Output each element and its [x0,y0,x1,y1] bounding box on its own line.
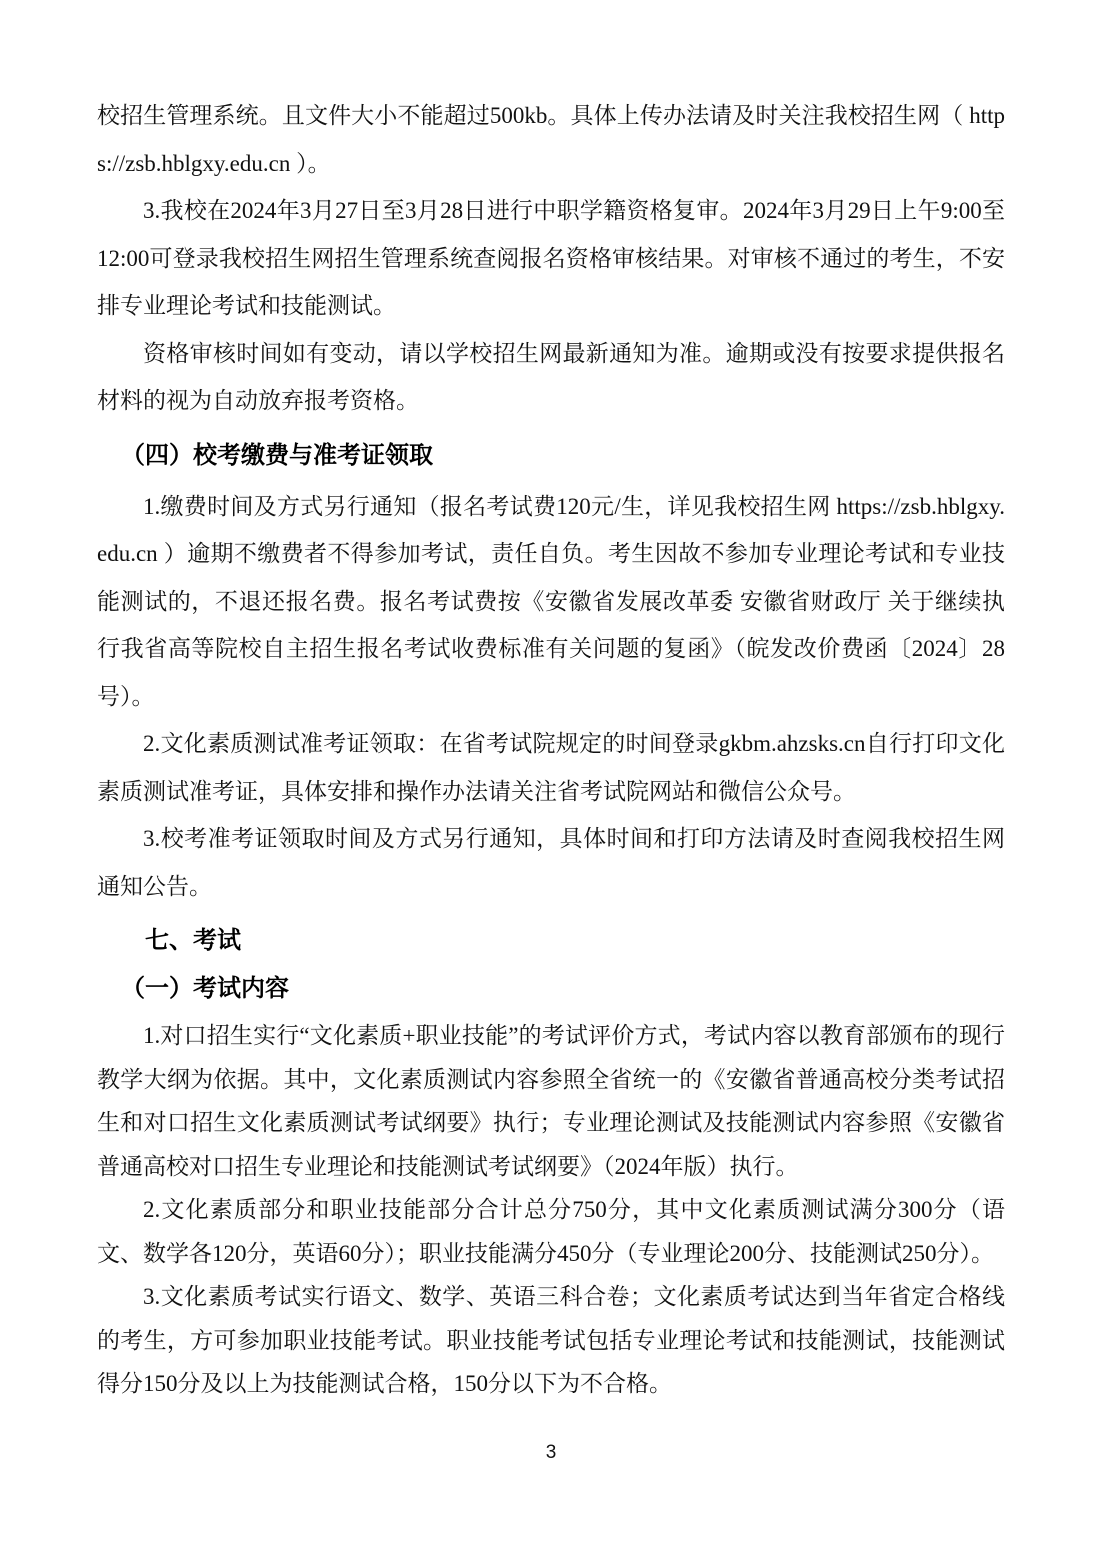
paragraph-qualification-recheck: 3.我校在2024年3月27日至3月28日进行中职学籍资格复审。2024年3月2… [97,187,1005,330]
paragraph-exam-pass-rules: 3.文化素质考试实行语文、数学、英语三科合卷；文化素质考试达到当年省定合格线的考… [97,1275,1005,1406]
paragraph-culture-test-ticket: 2.文化素质测试准考证领取：在省考试院规定的时间登录gkbm.ahzsks.cn… [97,720,1005,815]
paragraph-review-time-note: 资格审核时间如有变动，请以学校招生网最新通知为准。逾期或没有按要求提供报名材料的… [97,330,1005,425]
paragraph-upload-rules: 校招生管理系统。且文件大小不能超过500kb。具体上传办法请及时关注我校招生网（… [97,92,1005,187]
section-heading-payment-admission-ticket: （四）校考缴费与准考证领取 [97,433,1005,479]
document-page: 校招生管理系统。且文件大小不能超过500kb。具体上传办法请及时关注我校招生网（… [0,0,1102,1559]
paragraph-payment-notice: 1.缴费时间及方式另行通知（报名考试费120元/生，详见我校招生网 https:… [97,483,1005,721]
section-heading-exam: 七、考试 [97,918,1005,964]
page-number: 3 [0,1442,1102,1464]
paragraph-score-distribution: 2.文化素质部分和职业技能部分合计总分750分，其中文化素质测试满分300分（语… [97,1188,1005,1275]
paragraph-school-test-ticket: 3.校考准考证领取时间及方式另行通知，具体时间和打印方法请及时查阅我校招生网通知… [97,815,1005,910]
document-content: 校招生管理系统。且文件大小不能超过500kb。具体上传办法请及时关注我校招生网（… [97,92,1005,1406]
section-heading-exam-content: （一）考试内容 [97,966,1005,1012]
paragraph-exam-evaluation-method: 1.对口招生实行“文化素质+职业技能”的考试评价方式，考试内容以教育部颁布的现行… [97,1014,1005,1188]
